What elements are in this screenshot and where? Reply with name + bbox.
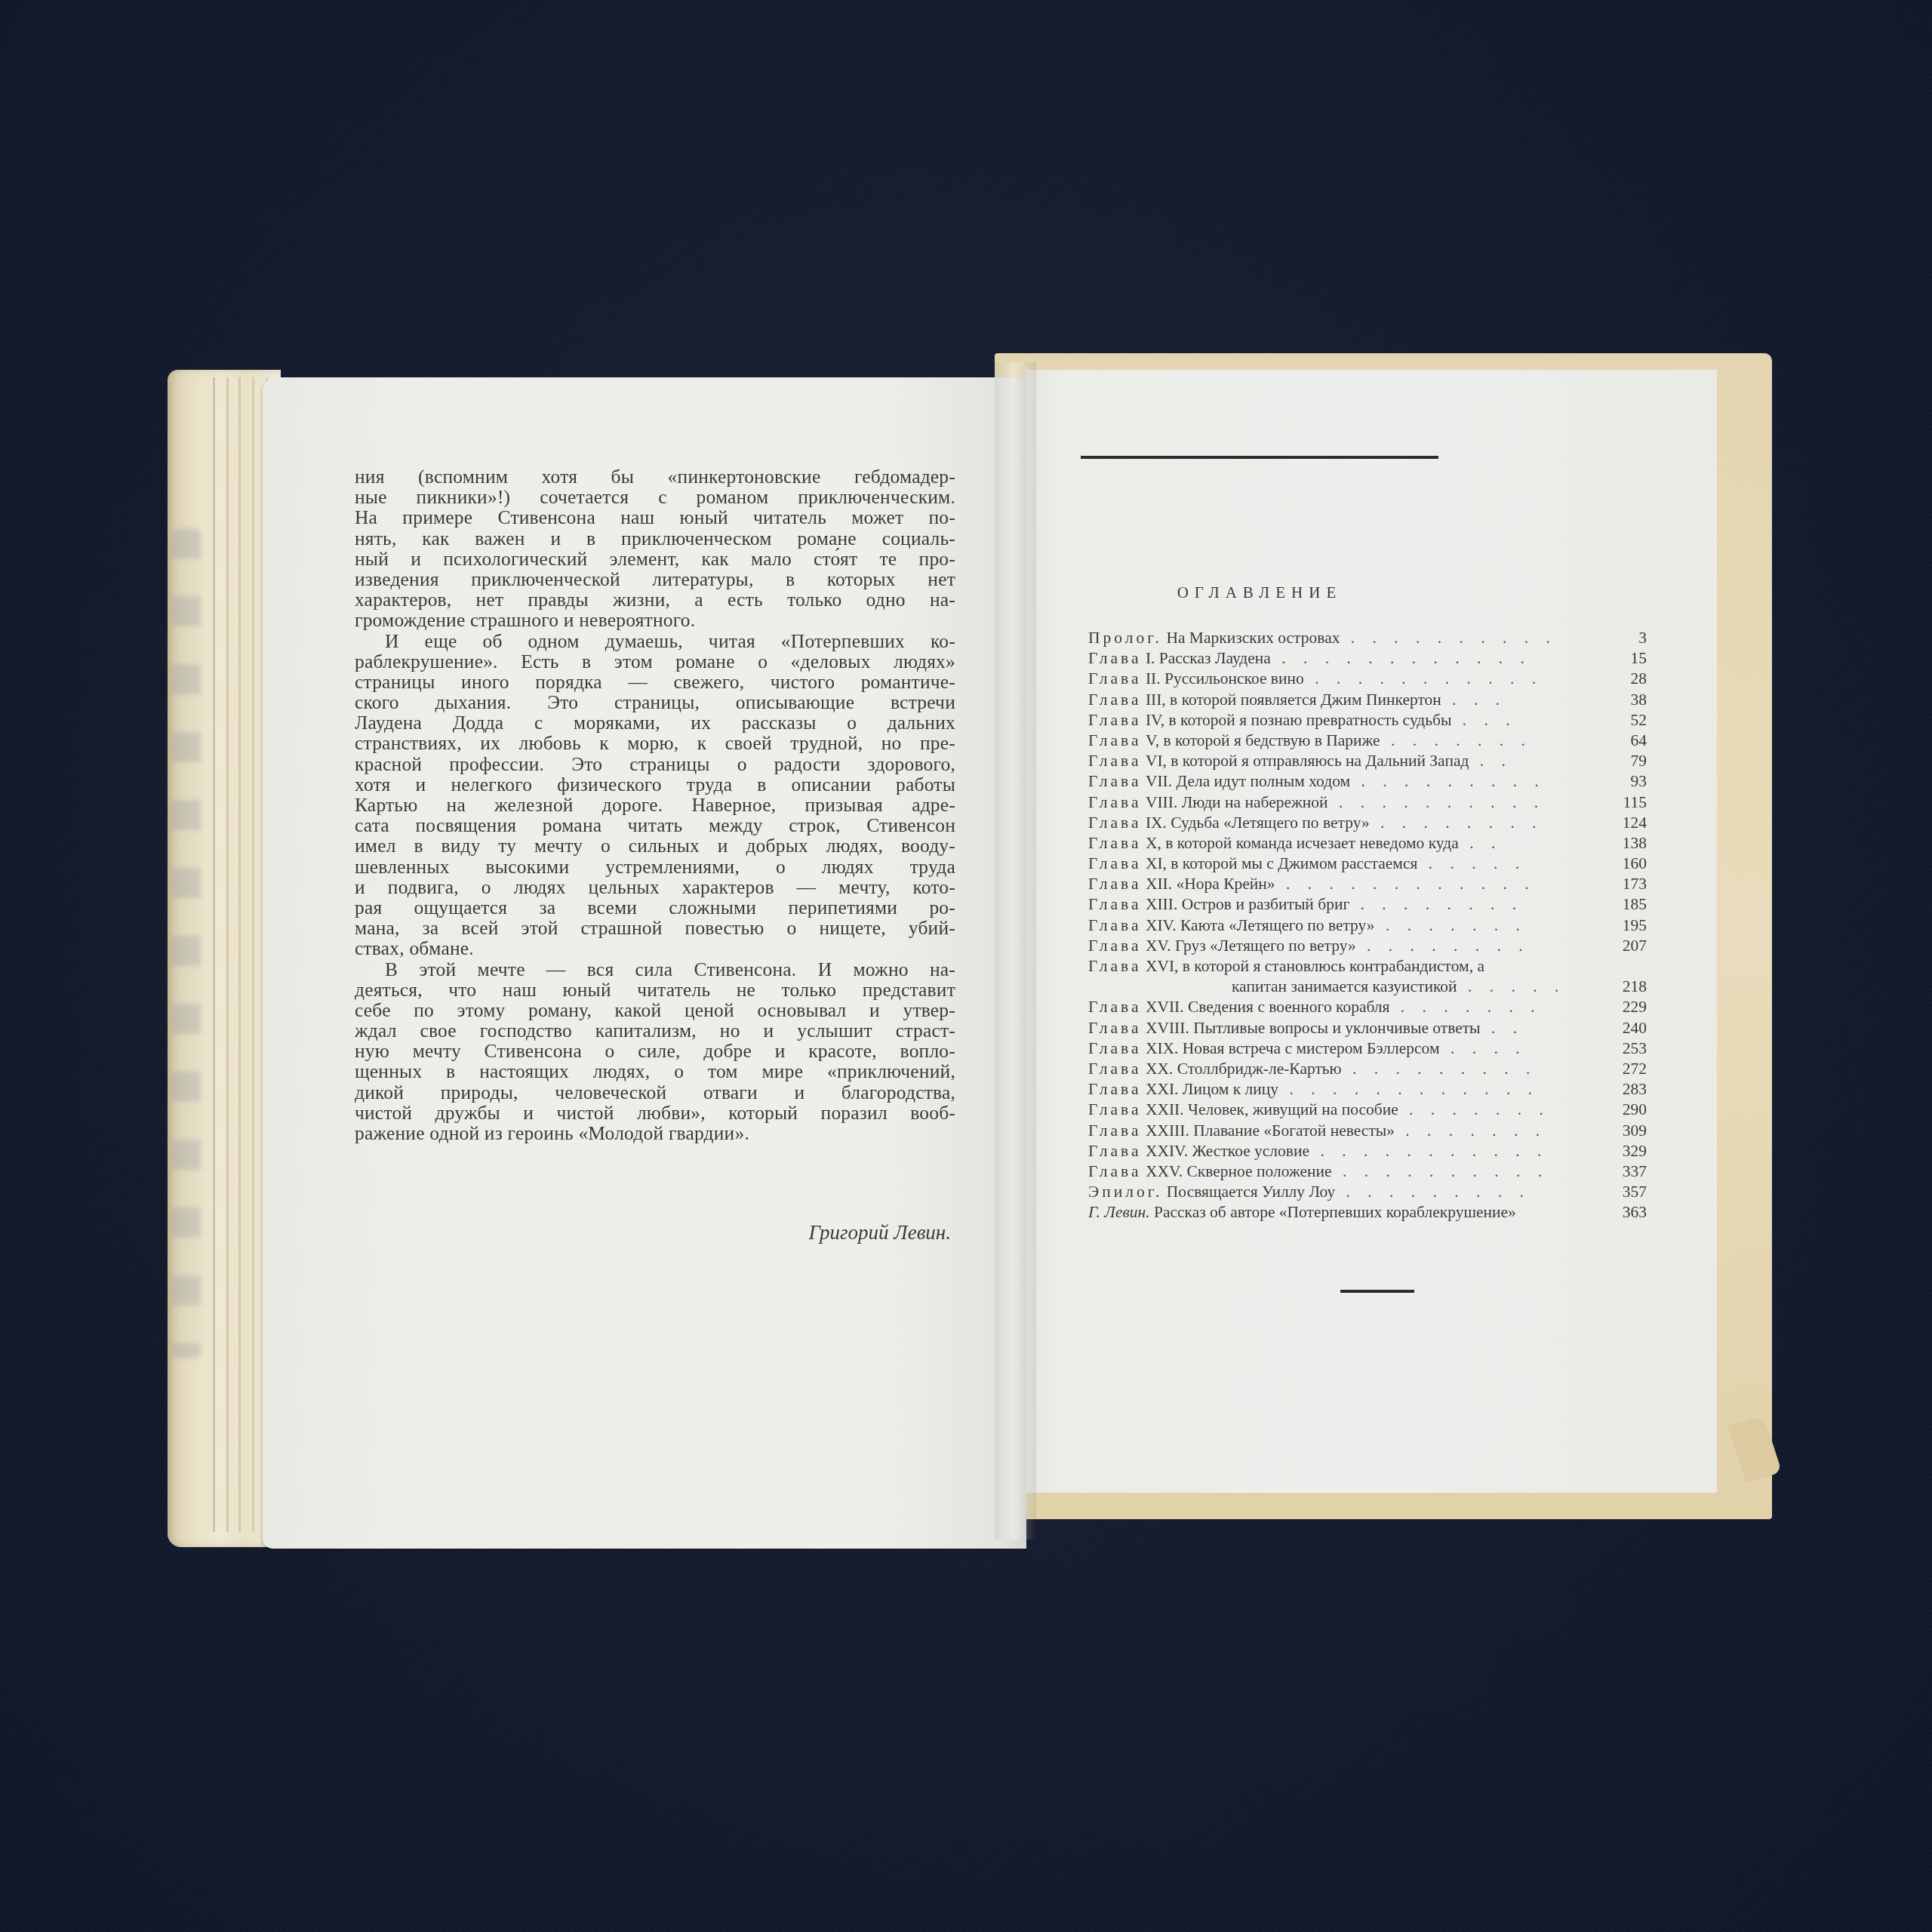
toc-leader-dots: . . . . . . . [1395, 1121, 1546, 1140]
top-rule [1081, 456, 1438, 459]
toc-title: На Маркизских островах [1162, 629, 1340, 647]
toc-label: Глава [1088, 1162, 1142, 1180]
text-line: Лаудена Додда с моряками, их рассказы о … [355, 712, 955, 733]
toc-author: Г. Левин. [1088, 1203, 1150, 1221]
toc-page-number: 240 [1601, 1018, 1647, 1038]
text-line: ждал свое господство капитализм, но и ус… [355, 1020, 955, 1041]
toc-title: XIX. Новая встреча с мистером Бэллерсом [1142, 1039, 1440, 1057]
toc-page-number: 3 [1601, 628, 1647, 648]
text-line: ствах, обмане. [355, 938, 955, 958]
toc-entry: Глава XXIV. Жесткое условие . . . . . . … [1088, 1141, 1647, 1161]
text-line: раблекрушение». Есть в этом романе о «де… [355, 651, 955, 672]
text-line: имел в виду ту мечту о сильных и добрых … [355, 835, 955, 856]
text-line: мана, за всей этой страшной повестью о н… [355, 918, 955, 938]
toc-leader-dots: . . [1459, 834, 1503, 852]
toc-label: Глава [1088, 854, 1142, 872]
toc-label: Глава [1088, 895, 1142, 913]
text-line: ную мечту Стивенсона о силе, добре и кра… [355, 1041, 955, 1061]
toc-leader-dots: . . . . . . . . [1349, 895, 1523, 913]
toc-page-number: 253 [1601, 1038, 1647, 1059]
toc-label: Глава [1088, 691, 1142, 709]
toc-page-number: 329 [1601, 1141, 1647, 1161]
toc-title: I. Рассказ Лаудена [1142, 649, 1271, 667]
toc-entry: капитан занимается казуистикой . . . . .… [1088, 977, 1647, 997]
toc-leader-dots: . . . . . . . [1380, 731, 1532, 749]
toc-label: Глава [1088, 814, 1142, 832]
toc-title: II. Руссильонское вино [1142, 669, 1304, 688]
toc-title: XXIII. Плавание «Богатой невесты» [1142, 1121, 1395, 1140]
toc-entry: Глава II. Руссильонское вино . . . . . .… [1088, 669, 1647, 689]
text-line: ния (вспомним хотя бы «пинкертоновские г… [355, 466, 955, 487]
toc-entry: Эпилог. Посвящается Уиллу Лоу . . . . . … [1088, 1182, 1647, 1202]
text-line: странствиях, их любовь к морю, к своей т… [355, 733, 955, 753]
toc-entry: Глава XXII. Человек, живущий на пособие … [1088, 1100, 1647, 1120]
toc-leader-dots: . . . . . [1417, 854, 1526, 872]
toc-label: Глава [1088, 731, 1142, 749]
toc-entry: Глава III, в которой появляется Джим Пин… [1088, 690, 1647, 710]
toc-page-number: 28 [1601, 669, 1647, 689]
text-line: характеров, нет правды жизни, а есть тол… [355, 589, 955, 610]
toc-label: Глава [1088, 793, 1142, 811]
toc-title: IV, в которой я познаю превратность судь… [1142, 711, 1452, 729]
toc-label: Эпилог. [1088, 1183, 1162, 1201]
toc-leader-dots: . . . . . [1457, 977, 1566, 995]
text-line: себе по этому роману, какой ценой основы… [355, 1000, 955, 1020]
toc-leader-dots: . . . . . . . . . . . [1309, 1142, 1548, 1160]
toc-leader-dots: . . . . . . . . . . . . [1275, 875, 1536, 893]
toc-heading: ОГЛАВЛЕНИЕ [1081, 583, 1438, 602]
toc-label: Пролог. [1088, 629, 1162, 647]
toc-page-number: 38 [1601, 690, 1647, 710]
toc-page-number: 124 [1601, 813, 1647, 833]
toc-entry: Глава IX. Судьба «Летящего по ветру» . .… [1088, 813, 1647, 833]
text-line: И еще об одном думаешь, читая «Потерпевш… [355, 631, 955, 651]
text-line: ные пикники»!) сочетается с романом прик… [355, 487, 955, 507]
toc-leader-dots: . . . . . . . [1398, 1100, 1550, 1118]
toc-entry: Глава XVIII. Пытливые вопросы и уклончив… [1088, 1018, 1647, 1038]
toc-label: Глава [1088, 1039, 1142, 1057]
toc-page-number: 115 [1601, 792, 1647, 813]
toc-title: XV. Груз «Летящего по ветру» [1142, 937, 1356, 955]
toc-entry: Глава XIV. Каюта «Летящего по ветру» . .… [1088, 915, 1647, 936]
toc-title: XXV. Скверное положение [1142, 1162, 1332, 1180]
toc-page-number: 363 [1601, 1202, 1647, 1223]
text-line: ражение одной из героинь «Молодой гварди… [355, 1123, 955, 1143]
toc-title: VIII. Люди на набережной [1142, 793, 1328, 811]
toc-title: V, в которой я бедствую в Париже [1142, 731, 1380, 749]
text-line: страницы иного порядка — свежего, чистог… [355, 672, 955, 692]
toc-title: XI, в которой мы с Джимом расстаемся [1142, 854, 1418, 872]
toc-page-number: 229 [1601, 997, 1647, 1017]
text-line: В этой мечте — вся сила Стивенсона. И мо… [355, 959, 955, 980]
toc-title: XIII. Остров и разбитый бриг [1142, 895, 1350, 913]
spine-stain [172, 528, 201, 1358]
text-line: дикой природы, человеческой отваги и бла… [355, 1082, 955, 1103]
toc-leader-dots: . . . . . . . . . . . . [1278, 1080, 1539, 1098]
toc-page-number: 93 [1601, 771, 1647, 792]
toc-title: XXI. Лицом к лицу [1142, 1080, 1279, 1098]
toc-entry: Глава XVII. Сведения с военного корабля … [1088, 997, 1647, 1017]
toc-leader-dots: . . [1481, 1019, 1524, 1037]
toc-leader-dots: . . . . . . . . . [1342, 1060, 1537, 1078]
toc-label: Глава [1088, 1080, 1142, 1098]
toc-label: Глава [1088, 711, 1142, 729]
toc-leader-dots: . . . [1451, 711, 1516, 729]
toc-page-number: 309 [1601, 1121, 1647, 1141]
toc-leader-dots: . . . . . . . . . . . [1304, 669, 1543, 688]
text-line: чистой дружбы и чистой любви», который п… [355, 1103, 955, 1123]
toc-label: Глава [1088, 1142, 1142, 1160]
text-line: ского дыхания. Это страницы, описывающие… [355, 692, 955, 712]
toc-page-number: 218 [1601, 977, 1647, 997]
toc-page-number: 173 [1601, 874, 1647, 894]
toc-entry: Глава VI, в которой я отправляюсь на Дал… [1088, 751, 1647, 771]
toc-label: Глава [1088, 1121, 1142, 1140]
toc-entry: Глава XX. Столлбридж-ле-Картью . . . . .… [1088, 1059, 1647, 1079]
toc-title: XVII. Сведения с военного корабля [1142, 998, 1390, 1016]
toc-page-number: 64 [1601, 731, 1647, 751]
toc-entry: Глава V, в которой я бедствую в Париже .… [1088, 731, 1647, 751]
toc-entry: Глава IV, в которой я познаю превратност… [1088, 710, 1647, 731]
toc-leader-dots: . . . . . . . . . . [1332, 1162, 1549, 1180]
left-page-text: ния (вспомним хотя бы «пинкертоновские г… [355, 466, 955, 1143]
toc-label: Глава [1088, 998, 1142, 1016]
toc-page-number: 79 [1601, 751, 1647, 771]
toc-title: XIV. Каюта «Летящего по ветру» [1142, 916, 1375, 934]
toc-entry: Глава VIII. Люди на набережной . . . . .… [1088, 792, 1647, 813]
toc-title: X, в которой команда исчезает неведомо к… [1142, 834, 1459, 852]
toc-label: Глава [1088, 937, 1142, 955]
text-line: На примере Стивенсона наш юный читатель … [355, 507, 955, 528]
toc-leader-dots: . . [1469, 752, 1512, 770]
toc-title: XX. Столлбридж-ле-Картью [1142, 1060, 1342, 1078]
toc-page-number: 138 [1601, 833, 1647, 854]
text-line: громождение страшного и невероятного. [355, 610, 955, 630]
toc-leader-dots: . . . . . . . . . . . . [1271, 649, 1531, 667]
toc-entry: Глава XXV. Скверное положение . . . . . … [1088, 1161, 1647, 1182]
toc-title: VII. Дела идут полным ходом [1142, 772, 1351, 790]
toc-entry: Пролог. На Маркизских островах . . . . .… [1088, 628, 1647, 648]
toc-page-number: 272 [1601, 1059, 1647, 1079]
toc-label: Глава [1088, 957, 1142, 975]
toc-label: Глава [1088, 1100, 1142, 1118]
toc-title: XXIV. Жесткое условие [1142, 1142, 1310, 1160]
signature: Григорий Левин. [724, 1221, 951, 1244]
toc-page-number: 15 [1601, 648, 1647, 669]
toc-title: III, в которой появляется Джим Пинкертон [1142, 691, 1441, 709]
toc-title: XXII. Человек, живущий на пособие [1142, 1100, 1398, 1118]
toc-label: Глава [1088, 1019, 1142, 1037]
toc-label: Глава [1088, 772, 1142, 790]
toc-leader-dots: . . . . . . . [1389, 998, 1541, 1016]
toc-label: Глава [1088, 916, 1142, 934]
text-line: Картью на железной дороге. Наверное, при… [355, 795, 955, 815]
text-line: хотя и нелегкого физического труда в опи… [355, 774, 955, 795]
toc-leader-dots: . . . . . . . . . . [1328, 793, 1546, 811]
toc-title: XII. «Нора Крейн» [1142, 875, 1275, 893]
toc-entry: Глава X, в которой команда исчезает неве… [1088, 833, 1647, 854]
text-line: деяться, что наш юный читатель не только… [355, 980, 955, 1000]
toc-entry: Глава XII. «Нора Крейн» . . . . . . . . … [1088, 874, 1647, 894]
toc-label: Глава [1088, 752, 1142, 770]
toc-leader-dots: . . . . . . . . . [1335, 1183, 1531, 1201]
toc-entry: Глава XXI. Лицом к лицу . . . . . . . . … [1088, 1079, 1647, 1100]
toc-leader-dots: . . . . [1440, 1039, 1527, 1057]
toc-entry: Глава XVI, в которой я становлюсь контра… [1088, 956, 1647, 977]
text-line: и подвига, о людях цельных характеров — … [355, 877, 955, 897]
toc-entry: Глава XXIII. Плавание «Богатой невесты» … [1088, 1121, 1647, 1141]
bottom-rule [1340, 1290, 1414, 1293]
toc-leader-dots: . . . . . . . . [1370, 814, 1543, 832]
toc-label: Глава [1088, 649, 1142, 667]
toc-title: капитан занимается казуистикой [1232, 977, 1457, 995]
text-line: шевленных высокими устремлениями, о людя… [355, 857, 955, 877]
toc-entry: Г. Левин. Рассказ об авторе «Потерпевших… [1088, 1202, 1647, 1223]
text-line: нять, как важен и в приключенческом рома… [355, 528, 955, 549]
toc-title: IX. Судьба «Летящего по ветру» [1142, 814, 1370, 832]
toc-leader-dots: . . . . . . . . . [1350, 772, 1546, 790]
toc-page-number: 357 [1601, 1182, 1647, 1202]
toc-title: XVI, в которой я становлюсь контрабандис… [1142, 957, 1484, 975]
toc-entry: Глава XV. Груз «Летящего по ветру» . . .… [1088, 936, 1647, 956]
toc-page-number: 52 [1601, 710, 1647, 731]
text-line: щенных в настоящих людях, о том мире «пр… [355, 1061, 955, 1081]
toc-page-number: 283 [1601, 1079, 1647, 1100]
toc-page-number: 337 [1601, 1161, 1647, 1182]
toc-label: Глава [1088, 834, 1142, 852]
toc-leader-dots: . . . . . . . [1375, 916, 1527, 934]
toc-label: Глава [1088, 875, 1142, 893]
toc-leader-dots: . . . [1441, 691, 1506, 709]
toc-title: VI, в которой я отправляюсь на Дальний З… [1142, 752, 1469, 770]
toc-title: Рассказ об авторе «Потерпевших кораблекр… [1150, 1203, 1516, 1221]
toc-page-number: 290 [1601, 1100, 1647, 1120]
book-gutter [995, 362, 1036, 1540]
toc-entry: Глава I. Рассказ Лаудена . . . . . . . .… [1088, 648, 1647, 669]
table-of-contents: Пролог. На Маркизских островах . . . . .… [1088, 628, 1647, 1223]
toc-entry: Глава XIII. Остров и разбитый бриг . . .… [1088, 894, 1647, 915]
text-line: рая ощущается за всеми сложными перипети… [355, 897, 955, 918]
text-line: ный и психологический элемент, как мало … [355, 549, 955, 569]
text-line: сата посвящения романа читать между стро… [355, 815, 955, 835]
toc-page-number: 207 [1601, 936, 1647, 956]
toc-title: XVIII. Пытливые вопросы и уклончивые отв… [1142, 1019, 1481, 1037]
text-line: изведения приключенческой литературы, в … [355, 569, 955, 589]
toc-page-number: 185 [1601, 894, 1647, 915]
text-line: красной профессии. Это страницы о радост… [355, 754, 955, 774]
toc-label: Глава [1088, 1060, 1142, 1078]
toc-entry: Глава XIX. Новая встреча с мистером Бэлл… [1088, 1038, 1647, 1059]
toc-page-number: 195 [1601, 915, 1647, 936]
toc-entry: Глава VII. Дела идут полным ходом . . . … [1088, 771, 1647, 792]
toc-entry: Глава XI, в которой мы с Джимом расстаем… [1088, 854, 1647, 874]
toc-label: Глава [1088, 669, 1142, 688]
toc-leader-dots: . . . . . . . . [1356, 937, 1530, 955]
toc-leader-dots: . . . . . . . . . . [1340, 629, 1557, 647]
toc-title: Посвящается Уиллу Лоу [1162, 1183, 1335, 1201]
toc-page-number: 160 [1601, 854, 1647, 874]
